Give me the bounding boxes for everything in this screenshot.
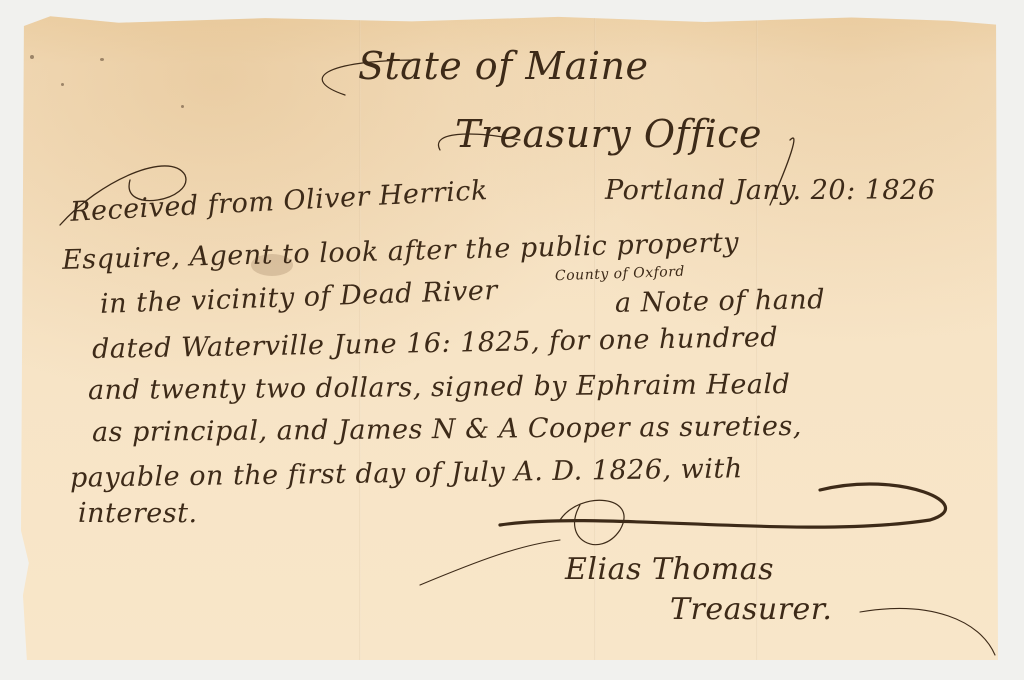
body-line-8: interest. xyxy=(78,498,198,529)
signature-name: Elias Thomas xyxy=(565,552,774,587)
place-date: Portland Jany. 20: 1826 xyxy=(605,175,935,206)
heading-treasury-office: Treasury Office xyxy=(455,112,762,156)
body-line-5: and twenty two dollars, signed by Ephrai… xyxy=(88,369,791,406)
heading-state-of-maine: State of Maine xyxy=(358,44,649,88)
ink-speck xyxy=(181,105,184,108)
ink-speck xyxy=(100,58,104,61)
ink-speck xyxy=(61,83,64,86)
body-line-6: as principal, and James N & A Cooper as … xyxy=(92,411,802,448)
ink-speck xyxy=(30,55,34,59)
signature-title: Treasurer. xyxy=(670,592,832,627)
body-line-3b: a Note of hand xyxy=(615,284,825,319)
